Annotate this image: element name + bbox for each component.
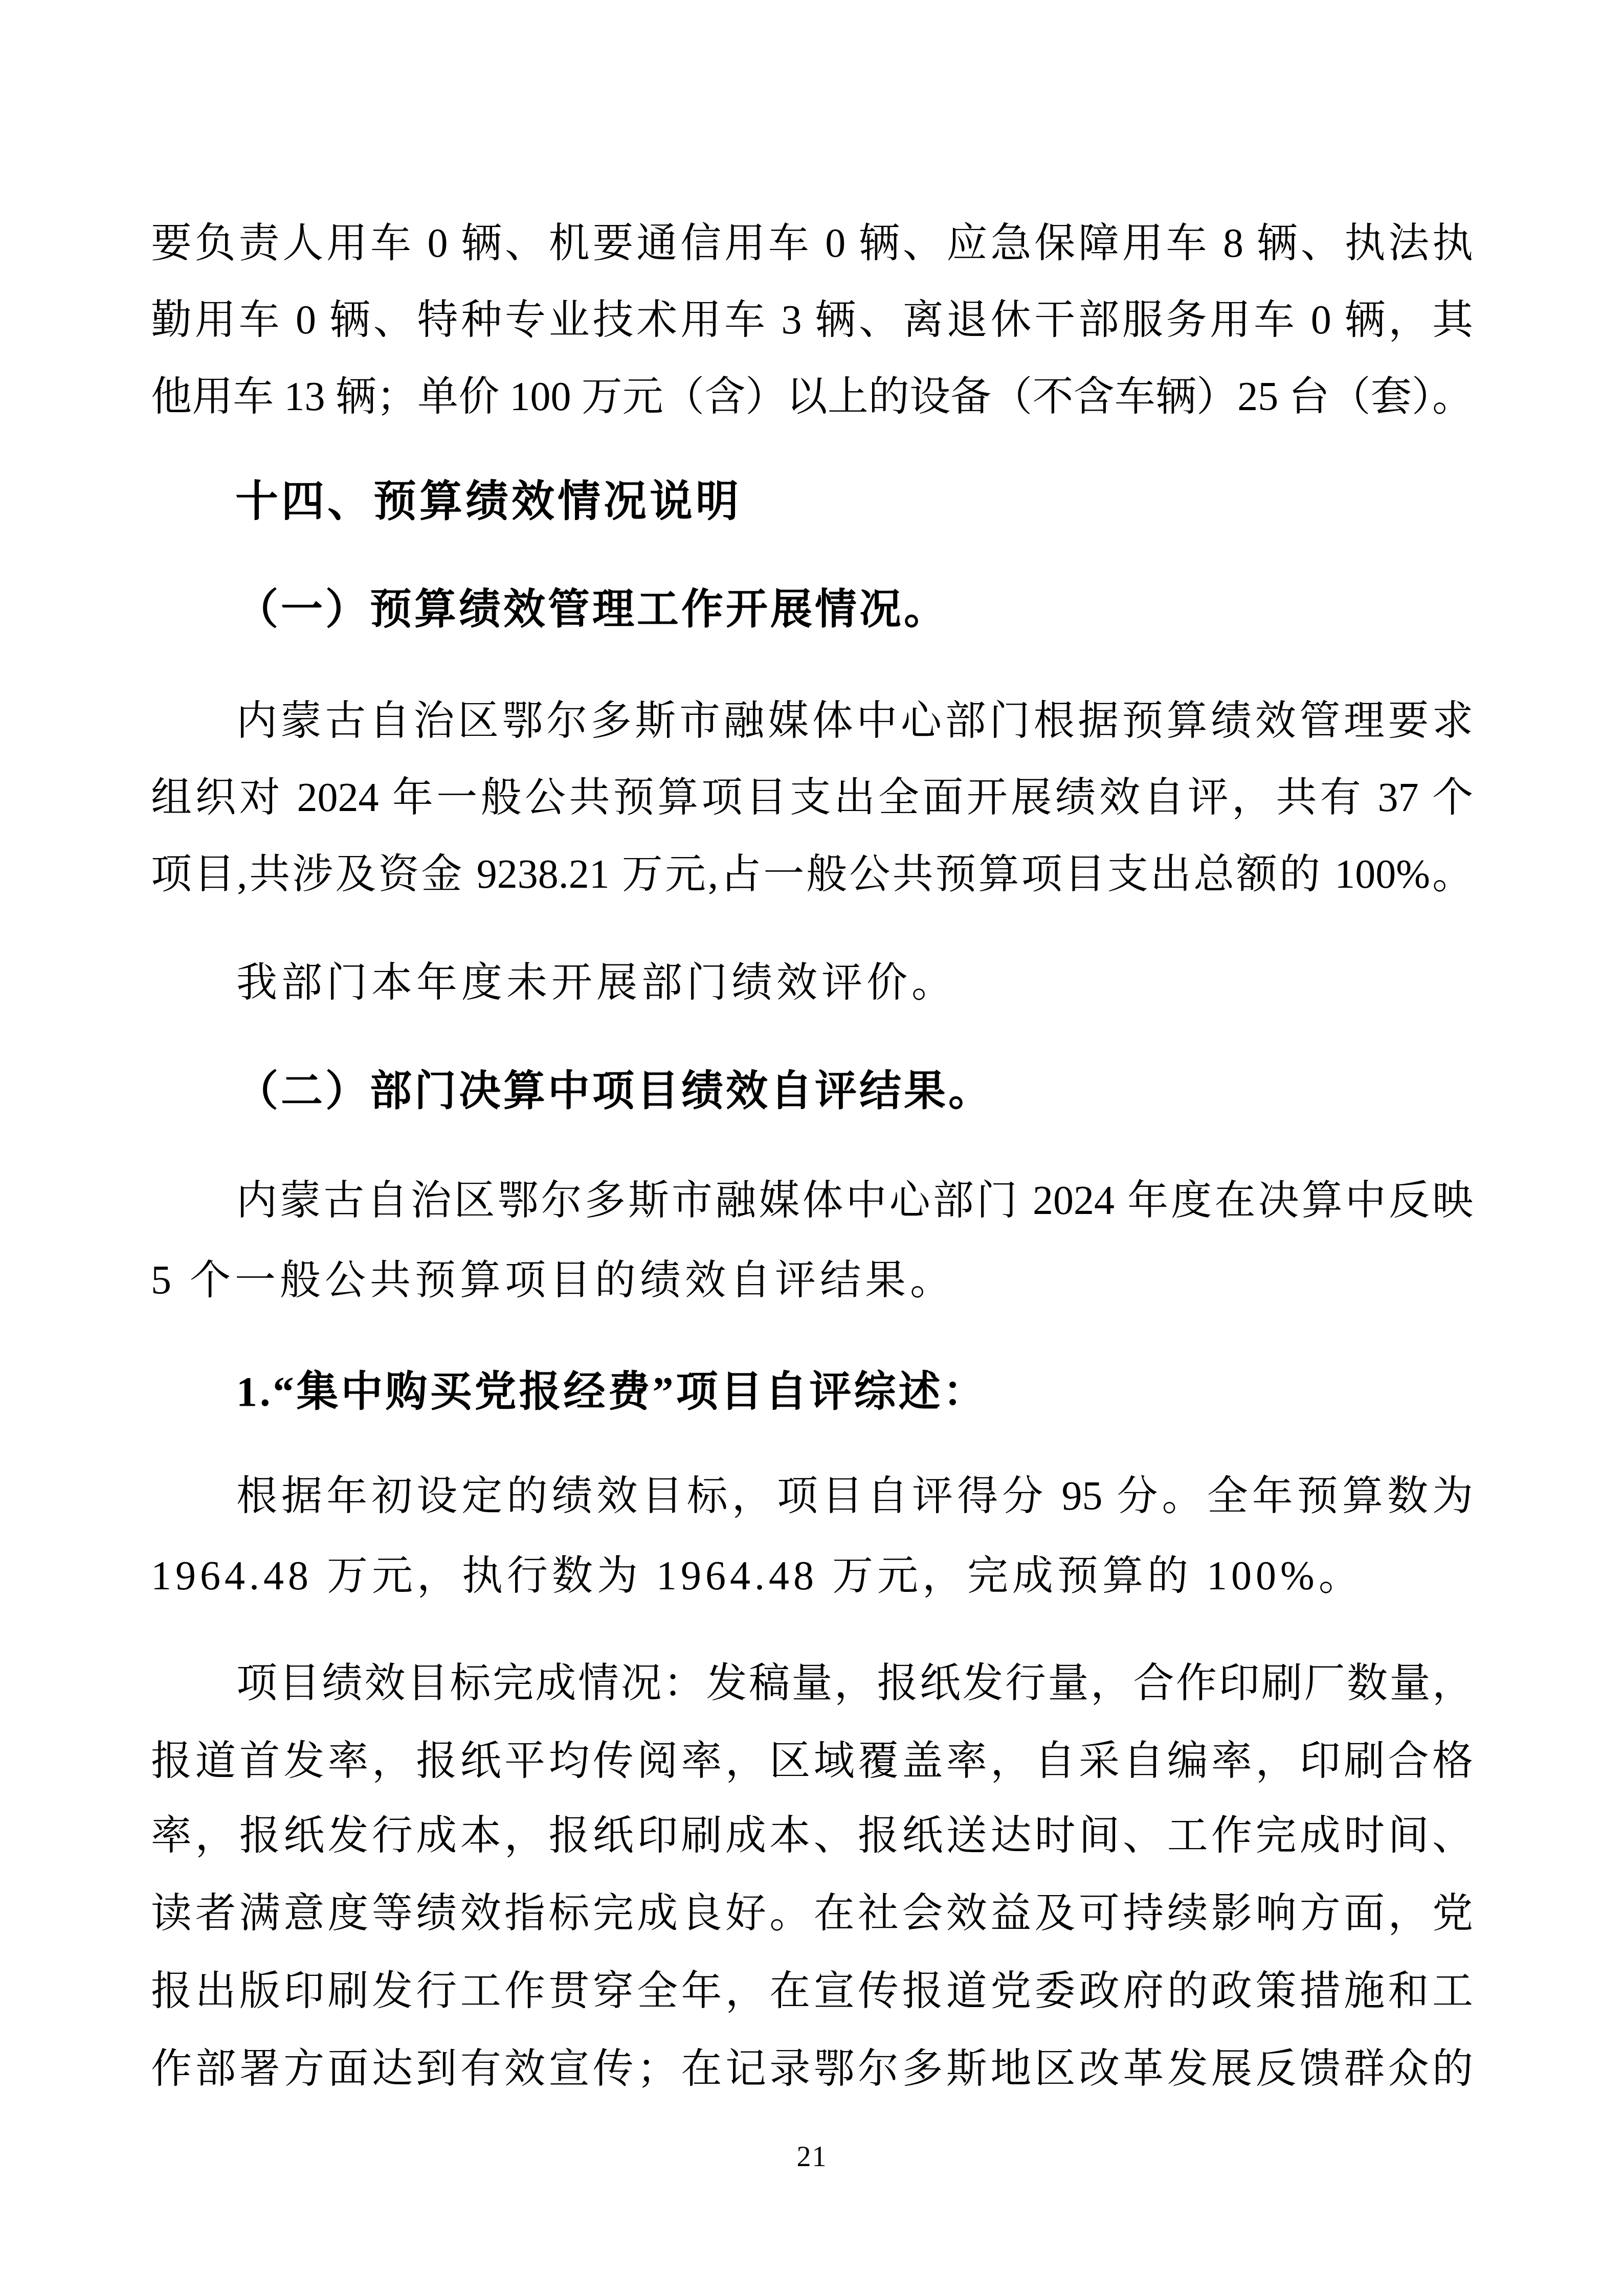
body-line: 5 个一般公共预算项目的绩效自评结果。 [151,1258,1473,1303]
page-number: 21 [0,2142,1624,2172]
body-line: 读者满意度等绩效指标完成良好。在社会效益及可持续影响方面，党 [151,1891,1473,1936]
body-line: 报道首发率，报纸平均传阅率，区域覆盖率，自采自编率，印刷合格 [151,1739,1473,1784]
item-heading: 1.“集中购买党报经费”项目自评综述： [236,1369,1473,1414]
body-line: 1964.48 万元，执行数为 1964.48 万元，完成预算的 100%。 [151,1554,1473,1599]
body-line: 报出版印刷发行工作贯穿全年，在宣传报道党委政府的政策措施和工 [151,1969,1473,2014]
body-line: 项目绩效目标完成情况：发稿量，报纸发行量，合作印刷厂数量， [236,1661,1473,1706]
section-heading: 十四、预算绩效情况说明 [235,479,1473,524]
body-line: 率，报纸发行成本，报纸印刷成本、报纸送达时间、工作完成时间、 [151,1813,1473,1858]
body-line: 勤用车 0 辆、特种专业技术用车 3 辆、离退休干部服务用车 0 辆，其 [151,298,1473,343]
body-line: 内蒙古自治区鄂尔多斯市融媒体中心部门 2024 年度在决算中反映 [236,1178,1473,1223]
body-line: 内蒙古自治区鄂尔多斯市融媒体中心部门根据预算绩效管理要求 [236,699,1473,744]
body-line: 我部门本年度未开展部门绩效评价。 [236,960,1473,1005]
body-line: 根据年初设定的绩效目标，项目自评得分 95 分。全年预算数为 [236,1474,1473,1519]
sub-heading: （一）预算绩效管理工作开展情况。 [236,587,1473,632]
body-line: 项目,共涉及资金 9238.21 万元,占一般公共预算项目支出总额的 100%。 [151,852,1473,897]
body-line: 要负责人用车 0 辆、机要通信用车 0 辆、应急保障用车 8 辆、执法执 [151,221,1473,266]
body-line: 作部署方面达到有效宣传；在记录鄂尔多斯地区改革发展反馈群众的 [151,2046,1473,2091]
sub-heading: （二）部门决算中项目绩效自评结果。 [236,1069,1473,1114]
document-page: 要负责人用车 0 辆、机要通信用车 0 辆、应急保障用车 8 辆、执法执 勤用车… [0,0,1624,2296]
body-line: 组织对 2024 年一般公共预算项目支出全面开展绩效自评，共有 37 个 [151,775,1473,820]
body-line: 他用车 13 辆；单价 100 万元（含）以上的设备（不含车辆）25 台（套）。 [151,374,1473,419]
